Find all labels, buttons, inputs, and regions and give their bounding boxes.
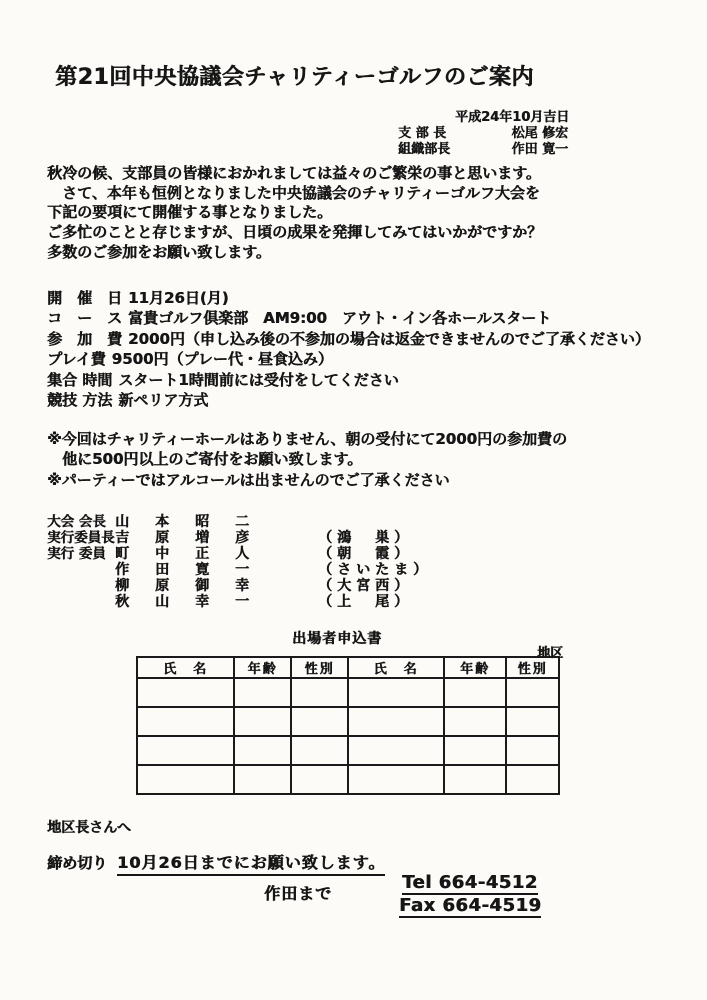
detail-value: 新ペリア方式 — [118, 391, 208, 409]
header-cell-sex: 性別 — [291, 657, 348, 678]
officer-role: 大会 会長 — [47, 514, 115, 530]
detail-label: 開 催 日 — [47, 289, 122, 307]
officer-name: 作田寛一 — [115, 562, 318, 578]
greeting-line: ご多忙のことと存じますが、日頃の成果を発揮してみてはいかがですか？ — [47, 223, 542, 243]
greeting-line: さて、本年も恒例となりました中央協議会のチャリティーゴルフ大会を — [47, 184, 542, 204]
detail-label: コ ー ス — [47, 309, 122, 327]
officer-name: 吉原増彦 — [115, 530, 318, 546]
officer-name: 柳原御幸 — [115, 578, 318, 594]
greeting-line: 下記の要項にて開催する事となりました。 — [47, 203, 542, 223]
officer-name: 山本昭二 — [115, 514, 318, 530]
table-cell — [291, 707, 348, 736]
detail-line-entry-fee: 参 加 費2000円（申し込み後の不参加の場合は返金できませんのでご了承ください… — [47, 329, 650, 349]
table-cell — [137, 678, 234, 707]
detail-line-course: コ ー ス富貴ゴルフ倶楽部 AM9:00 アウト・イン各ホールスタート — [47, 308, 650, 328]
table-cell — [506, 765, 559, 794]
table-cell — [348, 765, 444, 794]
application-table: 氏 名 年齢 性別 氏 名 年齢 性別 — [136, 656, 560, 795]
tel-number: Tel 664-4512 — [402, 872, 538, 895]
contact-person-line: 作田まで — [264, 881, 332, 904]
officer-district: （鴻 巣） — [318, 530, 413, 546]
table-row — [137, 736, 559, 765]
detail-line-meeting-time: 集合 時間スタート1時間前には受付をしてください — [47, 370, 650, 390]
officer-row: 大会 会長 山本昭二 — [47, 514, 432, 530]
officer-row: 実行 委員 町中正人 （朝 霞） — [47, 546, 432, 562]
table-cell — [291, 678, 348, 707]
table-cell — [444, 678, 506, 707]
officer-name: 秋山幸一 — [115, 594, 318, 610]
signatory-row-org-chief: 組織部長 作田 寛一 — [398, 138, 568, 157]
officer-row: 秋山幸一 （上 尾） — [47, 594, 432, 610]
table-row — [137, 707, 559, 736]
table-cell — [234, 678, 291, 707]
header-cell-age: 年齢 — [444, 657, 506, 678]
detail-value: 富貴ゴルフ倶楽部 AM9:00 アウト・イン各ホールスタート — [128, 309, 551, 327]
application-form-title: 出場者申込書 — [292, 628, 382, 648]
greeting-line: 多数のご参加をお願い致します。 — [47, 243, 542, 263]
table-header-row: 氏 名 年齢 性別 氏 名 年齢 性別 — [137, 657, 559, 678]
event-details-list: 開 催 日11月26日(月) コ ー ス富貴ゴルフ倶楽部 AM9:00 アウト・… — [47, 288, 650, 410]
detail-value: 11月26日(月) — [128, 289, 228, 307]
officers-list: 大会 会長 山本昭二 実行委員長 吉原増彦 （鴻 巣） 実行 委員 町中正人 （… — [47, 514, 432, 610]
officer-row: 実行委員長 吉原増彦 （鴻 巣） — [47, 530, 432, 546]
table-cell — [234, 707, 291, 736]
detail-label: 競技 方法 — [47, 391, 112, 409]
signatory-name: 作田 寛一 — [511, 138, 568, 157]
header-cell-age: 年齢 — [234, 657, 291, 678]
table-cell — [291, 736, 348, 765]
fax-number: Fax 664-4519 — [399, 895, 541, 918]
table-cell — [234, 736, 291, 765]
officer-role: 実行委員長 — [47, 530, 115, 546]
district-chief-address-line: 地区長さんへ — [47, 817, 131, 837]
greeting-line: 秋冷の候、支部員の皆様におかれましては益々のご繁栄の事と思います。 — [47, 164, 542, 184]
note-line: 他に500円以上のご寄付をお願い致します。 — [47, 449, 567, 469]
table-cell — [506, 707, 559, 736]
table-cell — [348, 736, 444, 765]
note-line: ※今回はチャリティーホールはありません、朝の受付にて2000円の参加費の — [47, 429, 567, 449]
table-cell — [137, 765, 234, 794]
table-cell — [137, 736, 234, 765]
deadline-label: 締め切り — [47, 852, 107, 873]
officer-row: 作田寛一 （さいたま） — [47, 562, 432, 578]
detail-value: スタート1時間前には受付をしてください — [118, 371, 398, 389]
table-cell — [444, 765, 506, 794]
officer-district: （大宮西） — [318, 578, 413, 594]
detail-line-date: 開 催 日11月26日(月) — [47, 288, 650, 308]
signatory-role: 組織部長 — [398, 138, 450, 157]
table-row — [137, 765, 559, 794]
officer-row: 柳原御幸 （大宮西） — [47, 578, 432, 594]
scanned-notice-page: 第21回中央協議会チャリティーゴルフのご案内 平成24年10月吉日 支 部 長 … — [0, 0, 707, 1000]
header-cell-name: 氏 名 — [348, 657, 444, 678]
deadline-text: 10月26日までにお願い致します。 — [117, 850, 385, 876]
table-cell — [506, 678, 559, 707]
header-cell-sex: 性別 — [506, 657, 559, 678]
detail-value: 9500円（プレー代・昼食込み） — [112, 350, 333, 368]
table-cell — [506, 736, 559, 765]
officer-district: （上 尾） — [318, 594, 413, 610]
table-cell — [444, 736, 506, 765]
table-cell — [348, 678, 444, 707]
table-cell — [444, 707, 506, 736]
table-cell — [348, 707, 444, 736]
detail-line-play-fee: プレイ費9500円（プレー代・昼食込み） — [47, 349, 650, 369]
officer-district: （朝 霞） — [318, 546, 413, 562]
notes-block: ※今回はチャリティーホールはありません、朝の受付にて2000円の参加費の 他に5… — [47, 429, 567, 490]
table-row — [137, 678, 559, 707]
detail-label: プレイ費 — [47, 350, 106, 368]
page-title: 第21回中央協議会チャリティーゴルフのご案内 — [55, 60, 534, 91]
greeting-paragraph: 秋冷の候、支部員の皆様におかれましては益々のご繁栄の事と思います。 さて、本年も… — [47, 164, 542, 263]
note-line: ※パーティーではアルコールは出ませんのでご了承ください — [47, 470, 567, 490]
table-cell — [137, 707, 234, 736]
table-cell — [291, 765, 348, 794]
header-cell-name: 氏 名 — [137, 657, 234, 678]
officer-district: （さいたま） — [318, 562, 432, 578]
table-cell — [234, 765, 291, 794]
officer-name: 町中正人 — [115, 546, 318, 562]
officer-role: 実行 委員 — [47, 546, 115, 562]
detail-value: 2000円（申し込み後の不参加の場合は返金できませんのでご了承ください） — [128, 330, 650, 348]
detail-label: 参 加 費 — [47, 330, 122, 348]
detail-label: 集合 時間 — [47, 371, 112, 389]
detail-line-rules: 競技 方法新ペリア方式 — [47, 390, 650, 410]
